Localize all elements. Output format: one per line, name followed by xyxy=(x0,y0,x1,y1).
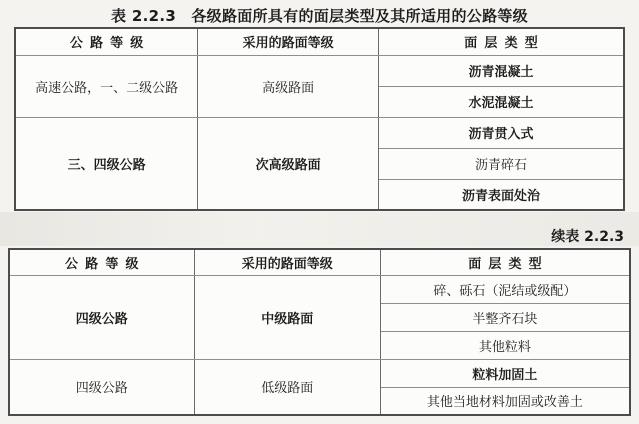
cell-surface-type: 其他粒料 xyxy=(380,331,630,359)
continued-table-caption: 续表 2.2.3 xyxy=(551,226,624,246)
cell-pavement-grade: 低级路面 xyxy=(194,359,380,415)
table-title: 表 2.2.3 各级路面所具有的面层类型及其所适用的公路等级 xyxy=(0,5,639,26)
scan-shading xyxy=(0,212,639,246)
header-surface-type: 面层类型 xyxy=(380,249,630,275)
cell-surface-type: 其他当地材料加固或改善土 xyxy=(380,387,630,415)
table-header-row: 公路等级 采用的路面等级 面层类型 xyxy=(9,249,630,275)
pavement-table-main: 公路等级 采用的路面等级 面层类型 高速公路，一、二级公路 高级路面 沥青混凝土… xyxy=(14,27,625,211)
cell-surface-type: 水泥混凝土 xyxy=(379,86,624,117)
table-row: 高速公路，一、二级公路 高级路面 沥青混凝土 xyxy=(15,55,624,86)
cell-road-class: 三、四级公路 xyxy=(15,117,198,210)
header-surface-type: 面层类型 xyxy=(379,28,624,55)
cell-pavement-grade: 高级路面 xyxy=(198,55,379,117)
cell-surface-type: 半整齐石块 xyxy=(380,303,630,331)
cell-road-class: 高速公路，一、二级公路 xyxy=(15,55,198,117)
cell-surface-type: 碎、砾石（泥结或级配） xyxy=(380,275,630,303)
pavement-table-continued: 公路等级 采用的路面等级 面层类型 四级公路 中级路面 碎、砾石（泥结或级配） … xyxy=(8,248,631,416)
cell-surface-type: 沥青碎石 xyxy=(379,148,624,179)
cell-surface-type: 沥青贯入式 xyxy=(379,117,624,148)
cell-surface-type: 粒料加固土 xyxy=(380,359,630,387)
cell-road-class: 四级公路 xyxy=(9,359,194,415)
cell-road-class: 四级公路 xyxy=(9,275,194,359)
cell-pavement-grade: 次高级路面 xyxy=(198,117,379,210)
header-pavement-grade: 采用的路面等级 xyxy=(194,249,380,275)
header-road-class: 公路等级 xyxy=(9,249,194,275)
table-header-row: 公路等级 采用的路面等级 面层类型 xyxy=(15,28,624,55)
header-pavement-grade: 采用的路面等级 xyxy=(198,28,379,55)
table-row: 四级公路 中级路面 碎、砾石（泥结或级配） xyxy=(9,275,630,303)
cell-pavement-grade: 中级路面 xyxy=(194,275,380,359)
cell-surface-type: 沥青混凝土 xyxy=(379,55,624,86)
cell-surface-type: 沥青表面处治 xyxy=(379,179,624,210)
table-row: 三、四级公路 次高级路面 沥青贯入式 xyxy=(15,117,624,148)
table-row: 四级公路 低级路面 粒料加固土 xyxy=(9,359,630,387)
scanned-document-page: { "document": { "colors": { "page_bg": "… xyxy=(0,0,639,424)
header-road-class: 公路等级 xyxy=(15,28,198,55)
